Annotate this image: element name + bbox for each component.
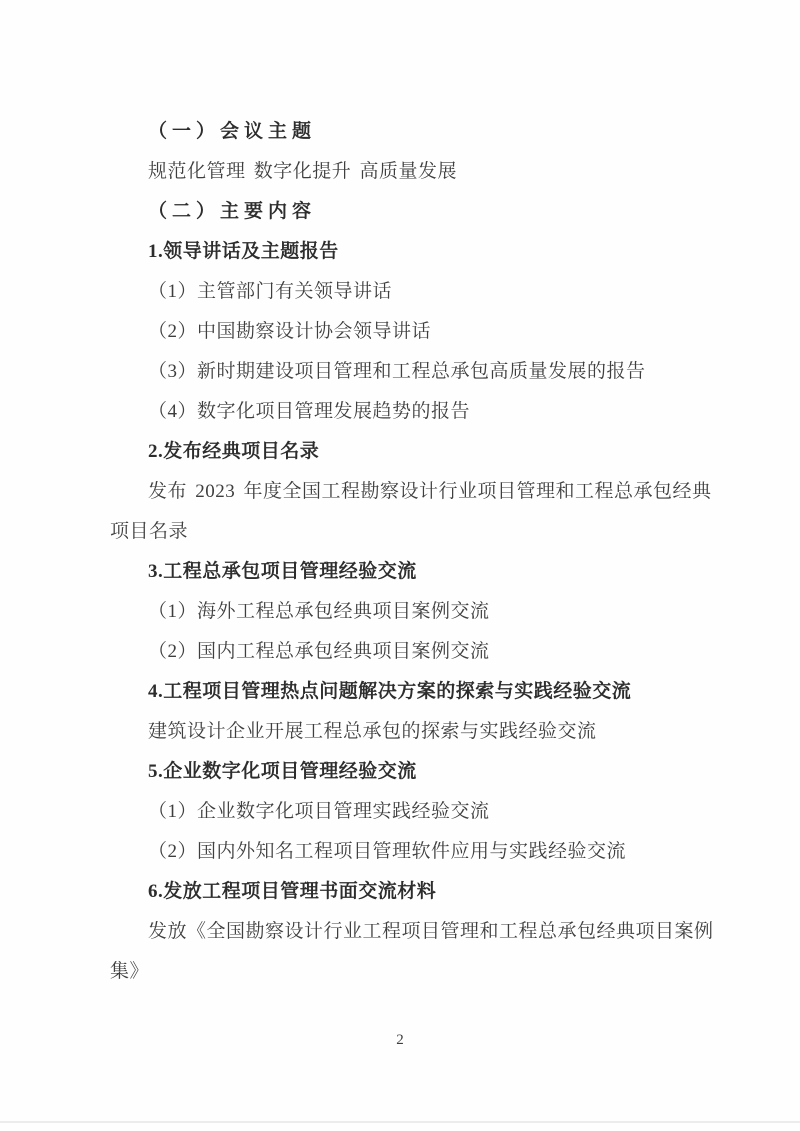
text-line: 6.发放工程项目管理书面交流材料 — [110, 872, 750, 912]
text-line: （2）国内工程总承包经典项目案例交流 — [110, 632, 750, 672]
text-line: （4）数字化项目管理发展趋势的报告 — [110, 392, 750, 432]
text-line: 3.工程总承包项目管理经验交流 — [110, 552, 750, 592]
text-line: 4.工程项目管理热点问题解决方案的探索与实践经验交流 — [110, 672, 750, 712]
document-lines: （一）会议主题规范化管理 数字化提升 高质量发展（二）主要内容1.领导讲话及主题… — [110, 112, 750, 992]
page-number: 2 — [0, 1030, 800, 1050]
text-line: 建筑设计企业开展工程总承包的探索与实践经验交流 — [110, 712, 750, 752]
text-line: （二）主要内容 — [110, 192, 750, 232]
page-bottom-edge — [0, 1121, 800, 1123]
text-line: （3）新时期建设项目管理和工程总承包高质量发展的报告 — [110, 352, 750, 392]
text-line: 发放《全国勘察设计行业工程项目管理和工程总承包经典项目案例 — [110, 912, 750, 952]
text-line: 规范化管理 数字化提升 高质量发展 — [110, 152, 750, 192]
text-line: （1）主管部门有关领导讲话 — [110, 272, 750, 312]
text-line: （2）中国勘察设计协会领导讲话 — [110, 312, 750, 352]
text-line: 1.领导讲话及主题报告 — [110, 232, 750, 272]
document-page: （一）会议主题规范化管理 数字化提升 高质量发展（二）主要内容1.领导讲话及主题… — [0, 0, 800, 1131]
text-line: （一）会议主题 — [110, 112, 750, 152]
text-line: 项目名录 — [110, 512, 750, 552]
text-line: 2.发布经典项目名录 — [110, 432, 750, 472]
text-line: 集》 — [110, 952, 750, 992]
text-line: 发布 2023 年度全国工程勘察设计行业项目管理和工程总承包经典 — [110, 472, 750, 512]
text-line: （2）国内外知名工程项目管理软件应用与实践经验交流 — [110, 832, 750, 872]
text-line: （1）海外工程总承包经典项目案例交流 — [110, 592, 750, 632]
text-line: （1）企业数字化项目管理实践经验交流 — [110, 792, 750, 832]
text-line: 5.企业数字化项目管理经验交流 — [110, 752, 750, 792]
